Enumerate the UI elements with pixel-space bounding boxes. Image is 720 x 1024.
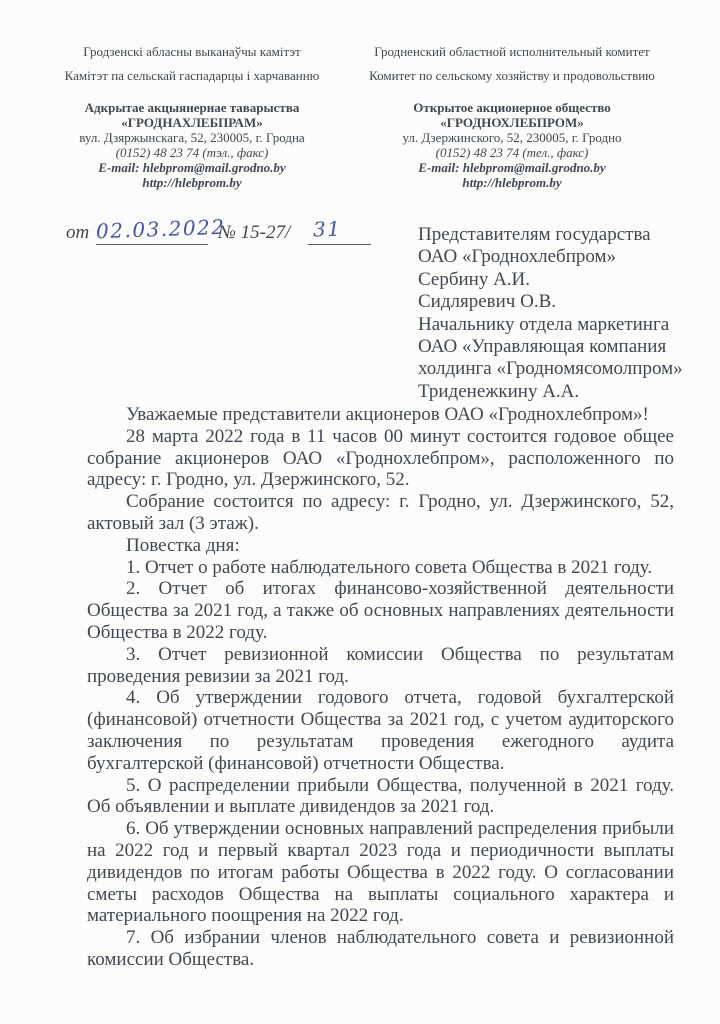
agenda-item: 7. Об избрании членов наблюдательного со…	[87, 927, 674, 971]
from-label: от	[66, 222, 89, 244]
org-name: «ГРОДНОХЛЕБПРОМ»	[362, 115, 662, 130]
reference-line: от 02.03.2022 № 15-27/ 31	[0, 221, 420, 249]
org-name: Открытое акционерное общество	[362, 100, 662, 115]
committee-line: Гродненский областной исполнительный ком…	[362, 44, 662, 59]
letterhead-right: Гродненский областной исполнительный ком…	[362, 44, 662, 190]
agenda-item: 3. Отчет ревизионной комиссии Общества п…	[87, 644, 674, 688]
recipient-line: Начальнику отдела маркетинга	[418, 314, 700, 336]
recipient-line: Сидляревич О.В.	[418, 291, 700, 313]
org-email: E-mail: hlebprom@mail.grodno.by	[42, 160, 342, 175]
committee-line: Гродзенскі абласны выканаўчы камітэт	[42, 44, 342, 59]
recipient-line: холдинга «Гродномясомолпром»	[418, 358, 700, 380]
org-phone: (0152) 48 23 74 (тел., факс)	[362, 145, 662, 160]
body-paragraph: 28 марта 2022 года в 11 часов 00 минут с…	[87, 426, 674, 491]
recipient-line: Представителям государства	[418, 224, 700, 246]
committee-line: Камітэт па сельскай гаспадарцы і харчава…	[42, 68, 342, 83]
salutation: Уважаемые представители акционеров ОАО «…	[87, 404, 674, 426]
org-website: http://hlebprom.by	[42, 175, 342, 190]
org-email: E-mail: hlebprom@mail.grodno.by	[362, 160, 662, 175]
agenda-item: 4. Об утверждении годового отчета, годов…	[87, 687, 674, 774]
recipient-line: ОАО «Гроднохлебпром»	[418, 246, 700, 268]
recipient-line: Сербину А.И.	[418, 269, 700, 291]
org-phone: (0152) 48 23 74 (тэл., факс)	[42, 145, 342, 160]
org-name: Адкрытае акцыянернае таварыства	[42, 100, 342, 115]
committee-line: Комитет по сельскому хозяйству и продово…	[362, 68, 662, 83]
org-address: вул. Дзяржынскага, 52, 230005, г. Гродна	[42, 130, 342, 145]
agenda-title: Повестка дня:	[87, 535, 674, 557]
letterhead-left: Гродзенскі абласны выканаўчы камітэт Кам…	[42, 44, 342, 190]
org-address: ул. Дзержинского, 52, 230005, г. Гродно	[362, 130, 662, 145]
org-website: http://hlebprom.by	[362, 175, 662, 190]
date-field: 02.03.2022	[96, 217, 208, 245]
number-label: № 15-27/	[218, 222, 290, 244]
letter-body: Уважаемые представители акционеров ОАО «…	[87, 404, 674, 971]
agenda-item: 6. Об утверждении основных направлений р…	[87, 818, 674, 927]
document-page: Гродзенскі абласны выканаўчы камітэт Кам…	[0, 0, 720, 1024]
body-paragraph: Собрание состоится по адресу: г. Гродно,…	[87, 491, 674, 535]
agenda-item: 5. О распределении прибыли Общества, пол…	[87, 775, 674, 819]
number-handwritten: 31	[313, 217, 342, 242]
recipient-line: ОАО «Управляющая компания	[418, 336, 700, 358]
agenda-item: 1. Отчет о работе наблюдательного совета…	[87, 557, 674, 579]
date-handwritten: 02.03.2022	[96, 215, 226, 244]
number-field: 31	[308, 217, 371, 245]
agenda-item: 2. Отчет об итогах финансово-хозяйственн…	[87, 578, 674, 643]
recipient-line: Триденежкину А.А.	[418, 381, 700, 403]
recipients-block: Представителям государства ОАО «Гроднохл…	[418, 224, 700, 403]
org-name: «ГРОДНАХЛЕБПРАМ»	[42, 115, 342, 130]
